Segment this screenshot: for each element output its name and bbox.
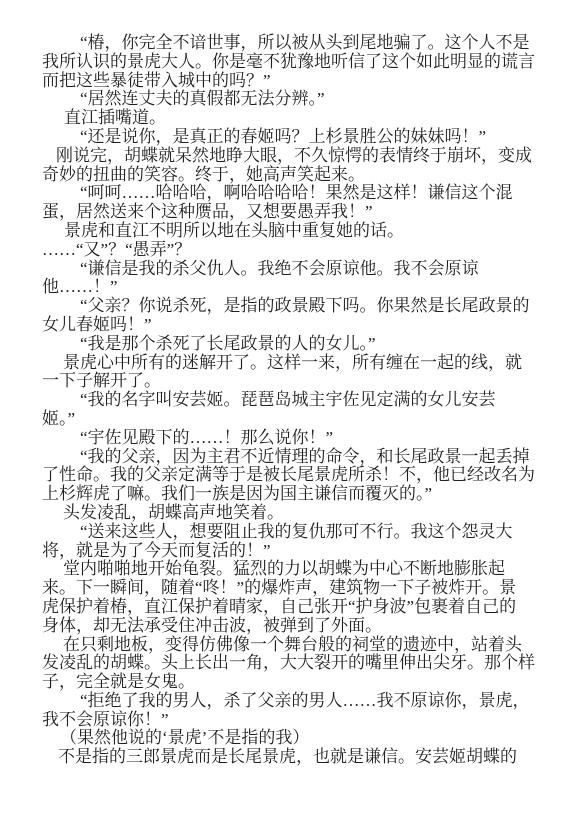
text-line: 我不会原谅你！” <box>42 711 562 730</box>
text-line: 他……！” <box>42 278 562 297</box>
novel-page: “椿，你完全不谙世事，所以被从头到尾地骗了。这个人不是我所认识的景虎大人。你是毫… <box>0 0 583 828</box>
text-line: 刚说完，胡蝶就呆然地睁大眼，不久惊愕的表情终于崩坏，变成 <box>42 147 562 166</box>
text-line: 女儿春姬吗！” <box>42 316 562 335</box>
text-line: 头发凌乱，胡蝶高声地笑着。 <box>42 504 562 523</box>
text-line: 发凌乱的胡蝶。头上长出一角，大大裂开的嘴里伸出尖牙。那个样 <box>42 654 562 673</box>
text-line: 景虎和直江不明所以地在头脑中重复她的话。 <box>42 222 562 241</box>
text-line: ……“又”？“愚弄”？ <box>42 241 562 260</box>
text-line: 在只剩地板，变得仿佛像一个舞台般的祠堂的遗迹中，站着头 <box>42 636 562 655</box>
text-line: 景虎心中所有的迷解开了。这样一来，所有缠在一起的线，就 <box>42 354 562 373</box>
text-line: “送来这些人，想要阻止我的复仇那可不行。我这个怨灵大 <box>42 523 562 542</box>
text-line: 我所认识的景虎大人。你是毫不犹豫地听信了这个如此明显的谎言 <box>42 53 562 72</box>
text-line: （果然他说的‘景虎’不是指的我） <box>42 729 562 748</box>
novel-text-block: “椿，你完全不谙世事，所以被从头到尾地骗了。这个人不是我所认识的景虎大人。你是毫… <box>42 34 562 767</box>
text-line: 一下子解开了。 <box>42 372 562 391</box>
text-line: “还是说你，是真正的春姬吗？上杉景胜公的妹妹吗！” <box>42 128 562 147</box>
text-line: 了性命。我的父亲定满等于是被长尾景虎所杀！不，他已经改名为 <box>42 466 562 485</box>
text-line: 姬。” <box>42 410 562 429</box>
text-line: “居然连丈夫的真假都无法分辨。” <box>42 90 562 109</box>
text-line: 子，完全就是女鬼。 <box>42 673 562 692</box>
text-line: “呵呵……哈哈哈，啊哈哈哈哈！果然是这样！谦信这个混 <box>42 184 562 203</box>
text-line: 来。下一瞬间，随着“咚！”的爆炸声，建筑物一下子被炸开。景 <box>42 579 562 598</box>
text-line: “谦信是我的杀父仇人。我绝不会原谅他。我不会原谅 <box>42 260 562 279</box>
text-line: 上杉辉虎了嘛。我们一族是因为国主谦信而覆灭的。” <box>42 485 562 504</box>
text-line: “我的名字叫安芸姬。琵琶岛城主宇佐见定满的女儿安芸 <box>42 391 562 410</box>
text-line: 而把这些暴徒带入城中的吗？” <box>42 72 562 91</box>
text-line: “宇佐见殿下的……！那么说你！” <box>42 429 562 448</box>
text-line: 将，就是为了今天而复活的！” <box>42 542 562 561</box>
text-line: 堂内啪啪地开始龟裂。猛烈的力以胡蝶为中心不断地膨胀起 <box>42 560 562 579</box>
text-line: “我是那个杀死了长尾政景的人的女儿。” <box>42 335 562 354</box>
text-line: 身体，却无法承受住冲击波，被弹到了外面。 <box>42 617 562 636</box>
text-line: 不是指的三郎景虎而是长尾景虎，也就是谦信。安芸姬胡蝶的 <box>42 748 562 767</box>
text-line: 直江插嘴道。 <box>42 109 562 128</box>
text-line: “拒绝了我的男人，杀了父亲的男人……我不原谅你，景虎， <box>42 692 562 711</box>
text-line: 奇妙的扭曲的笑容。终于，她高声笑起来。 <box>42 166 562 185</box>
text-line: “我的父亲，因为主君不近情理的命令，和长尾政景一起丢掉 <box>42 448 562 467</box>
text-line: “椿，你完全不谙世事，所以被从头到尾地骗了。这个人不是 <box>42 34 562 53</box>
text-line: 虎保护着椿，直江保护着晴家，自己张开“护身波”包裹着自己的 <box>42 598 562 617</box>
text-line: 蛋，居然送来个这种赝品，又想要愚弄我！” <box>42 203 562 222</box>
text-line: “父亲？你说杀死，是指的政景殿下吗。你果然是长尾政景的 <box>42 297 562 316</box>
